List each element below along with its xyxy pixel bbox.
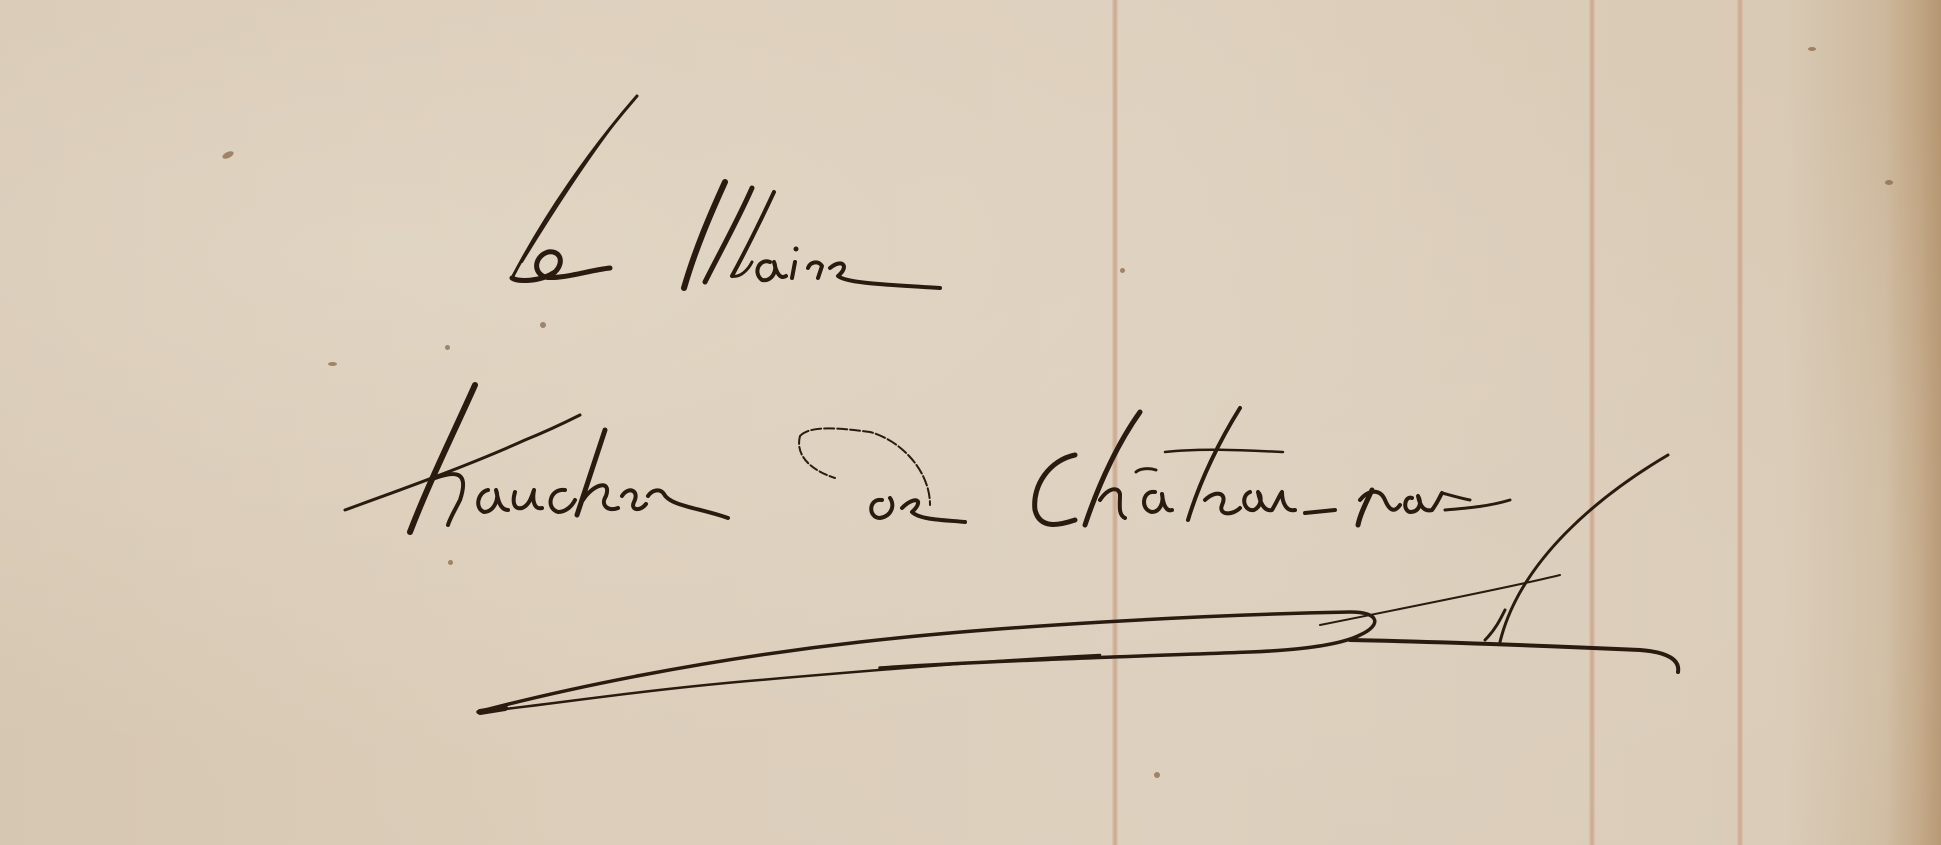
word-de <box>799 428 965 522</box>
handwritten-signature <box>0 0 1941 845</box>
word-chateau-neuf <box>1035 408 1668 642</box>
word-le <box>512 96 637 280</box>
signature-flourish <box>478 575 1678 712</box>
document-page: Le Maire Franchère de Château-neuf <box>0 0 1941 845</box>
word-maire <box>684 182 940 288</box>
word-franchere <box>345 385 728 532</box>
